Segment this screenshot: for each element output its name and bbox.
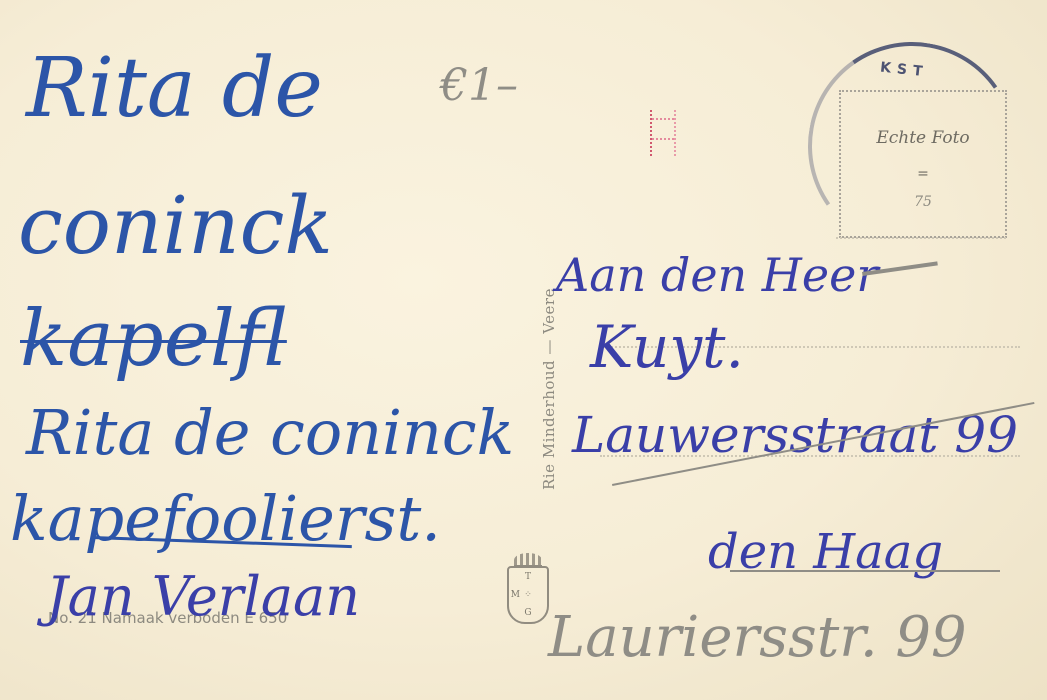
- pencil-address: Lauriersstr. 99: [548, 610, 967, 666]
- crest-letter-bottom: G: [522, 608, 535, 618]
- address-line-4: den Haag: [708, 528, 943, 576]
- address-line-1: Aan den Heer: [556, 252, 878, 298]
- publisher-text: Rie Minderhoud — Veere: [540, 288, 558, 490]
- crest-icon: T M⁘ G: [507, 566, 549, 624]
- stamp-box-value: 75: [914, 194, 932, 210]
- crest-letter-top: T: [522, 572, 535, 582]
- crest-letter-left: M: [509, 590, 522, 600]
- signature: Jan Verlaan: [46, 570, 360, 624]
- stamp-box-equals: =: [917, 166, 929, 182]
- handwriting-line-1: Rita de: [26, 48, 323, 130]
- address-line-2: Kuyt.: [590, 318, 744, 376]
- red-ink-mark: [650, 110, 676, 156]
- handwriting-line-2: coninck: [18, 186, 333, 266]
- crest-crown-icon: [514, 553, 542, 567]
- postcard-back: Rita de coninck kapelfl Rita de coninck …: [0, 0, 1047, 700]
- stamp-box-title: Echte Foto: [876, 128, 969, 148]
- address-dotted-line-1: [836, 237, 1006, 239]
- handwriting-line-3-struck: kapelfl: [20, 300, 287, 378]
- pencil-price: €1–: [440, 64, 518, 108]
- handwriting-line-4: Rita de coninck: [26, 402, 514, 464]
- underline-city: [730, 570, 1000, 572]
- stamp-box: Echte Foto = 75: [839, 90, 1007, 238]
